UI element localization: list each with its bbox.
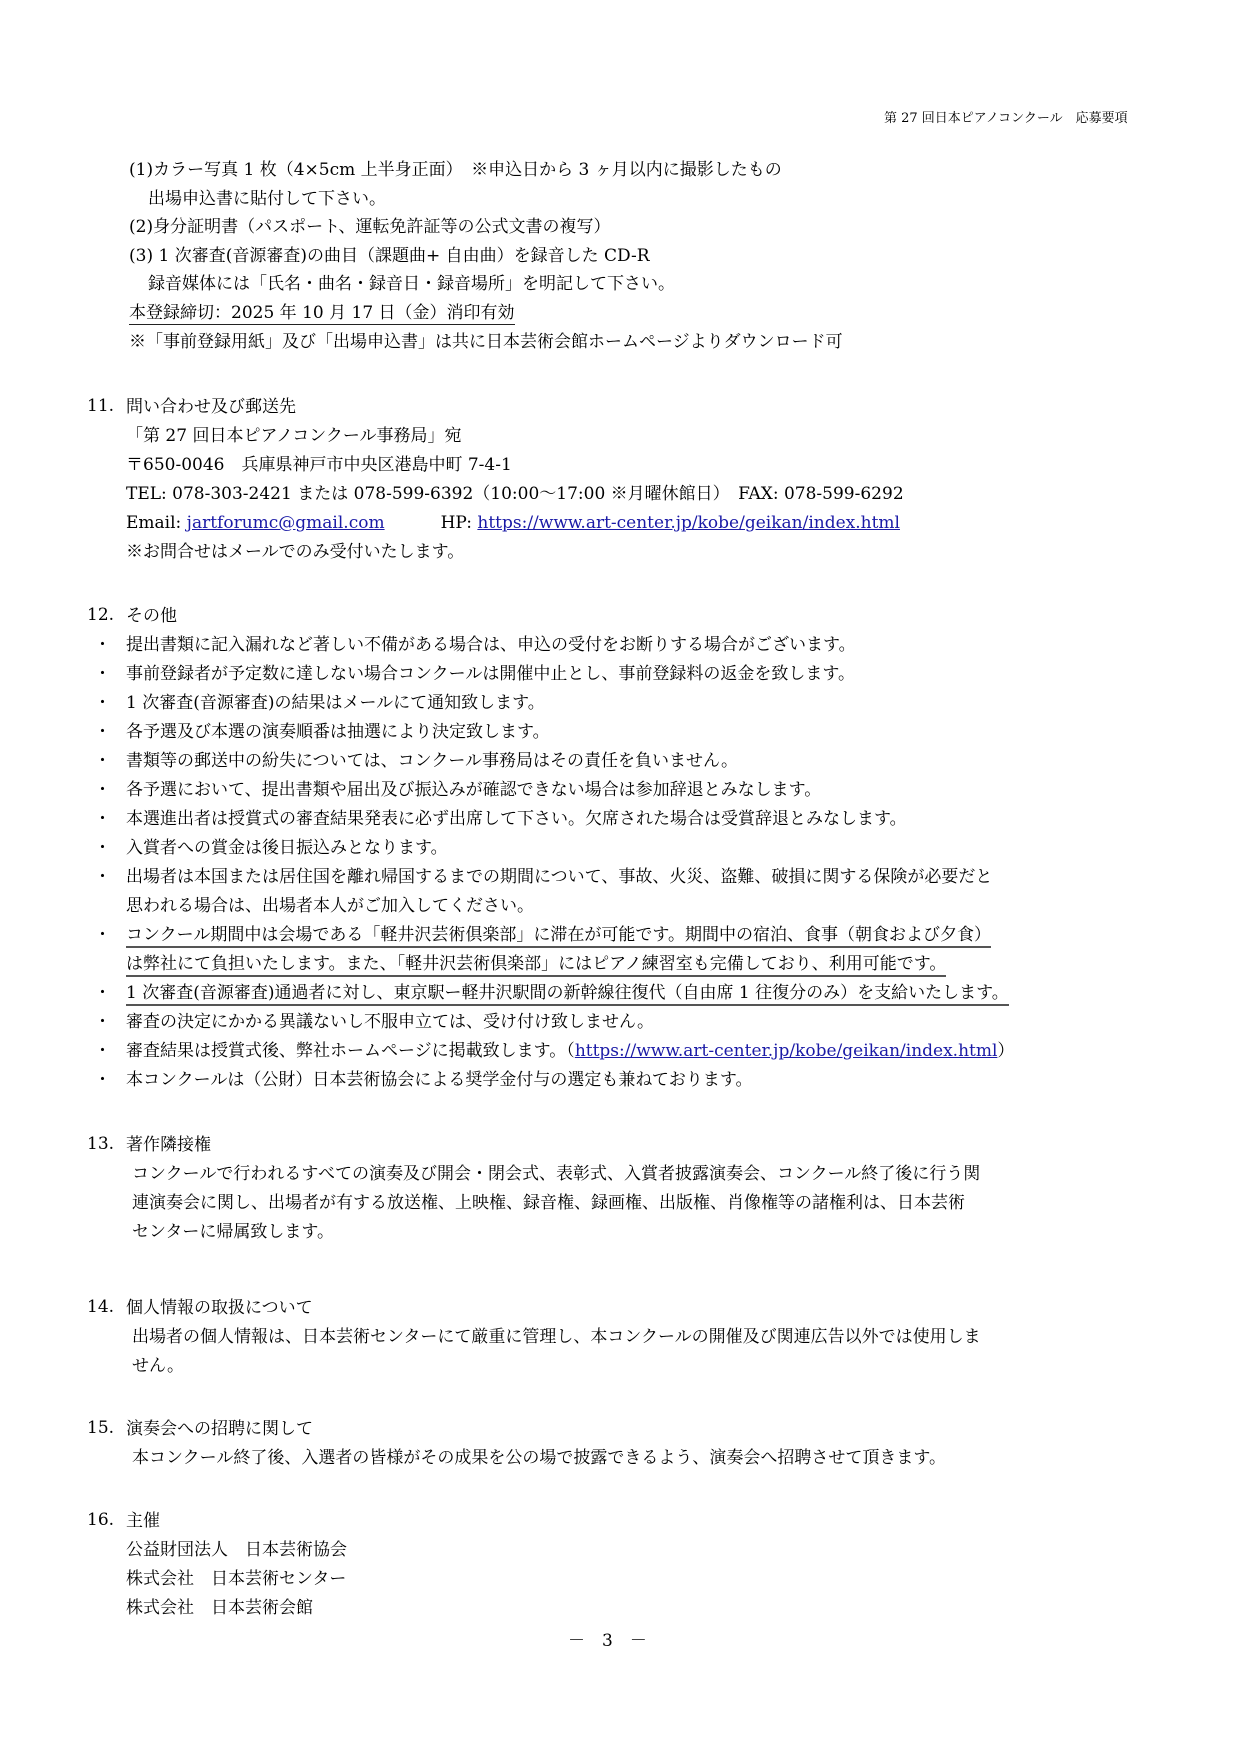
- list-item-highlighted: 1 次審査(音源審査)通過者に対し、東京駅ー軽井沢駅間の新幹線往復代（自由席 1…: [126, 983, 1009, 1006]
- list-item: 書類等の郵送中の紛失については、コンクール事務局はその責任を負いません。: [126, 750, 738, 772]
- page-number: － 3 －: [568, 1626, 647, 1651]
- email-link[interactable]: jartforumc@gmail.com: [187, 513, 385, 533]
- bullet-icon: ・: [94, 808, 111, 830]
- section-number: 11.: [87, 396, 114, 416]
- document-header: 第 27 回日本ピアノコンクール 応募要項: [884, 107, 1128, 126]
- list-item: 入賞者への賞金は後日振込みとなります。: [126, 837, 448, 859]
- paragraph-line: コンクールで行われるすべての演奏及び開会・閉会式、表彰式、入賞者披露演奏会、コン…: [132, 1163, 980, 1185]
- bullet-icon: ・: [94, 924, 111, 946]
- requirement-photo-note: 出場申込書に貼付して下さい。: [148, 188, 386, 210]
- paragraph-line: センターに帰属致します。: [132, 1221, 334, 1243]
- bullet-icon: ・: [94, 1011, 111, 1033]
- hp-label: HP:: [441, 513, 478, 533]
- paragraph-line: 出場者の個人情報は、日本芸術センターにて厳重に管理し、本コンクールの開催及び関連…: [132, 1326, 981, 1348]
- section-number: 15.: [87, 1418, 114, 1438]
- organizer: 株式会社 日本芸術会館: [126, 1597, 313, 1619]
- list-item-continuation: は弊社にて負担いたします。また、「軽井沢芸術倶楽部」にはピアノ練習室も完備してお…: [126, 954, 946, 977]
- section-title: 問い合わせ及び郵送先: [126, 396, 296, 418]
- list-item: 審査の決定にかかる異議ないし不服申立ては、受け付け致しません。: [126, 1011, 654, 1033]
- bullet-icon: ・: [94, 982, 111, 1004]
- bullet-icon: ・: [94, 1040, 111, 1062]
- email-hp-line: Email: jartforumc@gmail.comHP: https://w…: [126, 512, 900, 534]
- bullet-icon: ・: [94, 634, 111, 656]
- list-item: 提出書類に記入漏れなど著しい不備がある場合は、申込の受付をお断りする場合がござい…: [126, 634, 856, 656]
- paragraph-line: 本コンクール終了後、入選者の皆様がその成果を公の場で披露できるよう、演奏会へ招聘…: [132, 1447, 946, 1469]
- bullet-icon: ・: [94, 837, 111, 859]
- section-title: 個人情報の取扱について: [126, 1297, 313, 1319]
- organizer: 株式会社 日本芸術センター: [126, 1568, 346, 1590]
- list-item-continuation: 思われる場合は、出場者本人がご加入してください。: [126, 895, 534, 917]
- bullet-icon: ・: [94, 663, 111, 685]
- list-item: 審査結果は授賞式後、弊社ホームページに掲載致します。（https://www.a…: [126, 1040, 1014, 1062]
- section-number: 12.: [87, 605, 114, 625]
- requirement-cdr: (3) 1 次審査(音源審査)の曲目（課題曲+ 自由曲）を録音した CD-R: [129, 245, 650, 267]
- section-title: 演奏会への招聘に関して: [126, 1418, 313, 1440]
- phone-fax: TEL: 078-303-2421 または 078-599-6392（10:00…: [126, 483, 904, 505]
- section-number: 14.: [87, 1297, 114, 1317]
- bullet-icon: ・: [94, 866, 111, 888]
- list-item: 出場者は本国または居住国を離れ帰国するまでの期間について、事故、火災、盗難、破損…: [126, 866, 992, 888]
- postal-address: 〒650-0046 兵庫県神戸市中央区港島中町 7-4-1: [126, 454, 512, 476]
- requirement-cdr-note: 録音媒体には「氏名・曲名・録音日・録音場所」を明記して下さい。: [148, 273, 675, 295]
- results-link[interactable]: https://www.art-center.jp/kobe/geikan/in…: [575, 1041, 998, 1061]
- section-number: 16.: [87, 1510, 114, 1530]
- organizer: 公益財団法人 日本芸術協会: [126, 1539, 347, 1561]
- office-name: 「第 27 回日本ピアノコンクール事務局」宛: [126, 425, 462, 447]
- list-item: 本コンクールは（公財）日本芸術協会による奨学金付与の選定も兼ねております。: [126, 1069, 753, 1091]
- list-item-highlighted: コンクール期間中は会場である「軽井沢芸術倶楽部」に滞在が可能です。期間中の宿泊、…: [126, 925, 991, 948]
- email-label: Email:: [126, 513, 187, 533]
- download-note: ※「事前登録用紙」及び「出場申込書」は共に日本芸術会館ホームページよりダウンロー…: [129, 331, 843, 353]
- list-item: 各予選及び本選の演奏順番は抽選により決定致します。: [126, 721, 550, 743]
- section-title: 著作隣接権: [126, 1134, 211, 1156]
- bullet-icon: ・: [94, 750, 111, 772]
- homepage-link[interactable]: https://www.art-center.jp/kobe/geikan/in…: [477, 513, 900, 533]
- paragraph-line: せん。: [132, 1355, 184, 1377]
- registration-deadline: 本登録締切：2025 年 10 月 17 日（金）消印有効: [129, 303, 515, 325]
- list-item: 事前登録者が予定数に達しない場合コンクールは開催中止とし、事前登録料の返金を致し…: [126, 663, 855, 685]
- section-number: 13.: [87, 1134, 114, 1154]
- contact-note: ※お問合せはメールでのみ受付いたします。: [126, 541, 464, 563]
- paragraph-line: 連演奏会に関し、出場者が有する放送権、上映権、録音権、録画権、出版権、肖像権等の…: [132, 1192, 965, 1214]
- list-item: 本選進出者は授賞式の審査結果発表に必ず出席して下さい。欠席された場合は受賞辞退と…: [126, 808, 907, 830]
- list-item: 1 次審査(音源審査)の結果はメールにて通知致します。: [126, 692, 545, 714]
- section-title: その他: [126, 605, 177, 627]
- bullet-icon: ・: [94, 1069, 111, 1091]
- bullet-icon: ・: [94, 692, 111, 714]
- requirement-id: (2)身分証明書（パスポート、運転免許証等の公式文書の複写）: [129, 216, 611, 238]
- section-title: 主催: [126, 1510, 160, 1532]
- list-item: 各予選において、提出書類や届出及び振込みが確認できない場合は参加辞退とみなします…: [126, 779, 821, 801]
- bullet-icon: ・: [94, 721, 111, 743]
- bullet-icon: ・: [94, 779, 111, 801]
- requirement-photo: (1)カラー写真 1 枚（4×5cm 上半身正面） ※申込日から 3 ヶ月以内に…: [129, 159, 782, 181]
